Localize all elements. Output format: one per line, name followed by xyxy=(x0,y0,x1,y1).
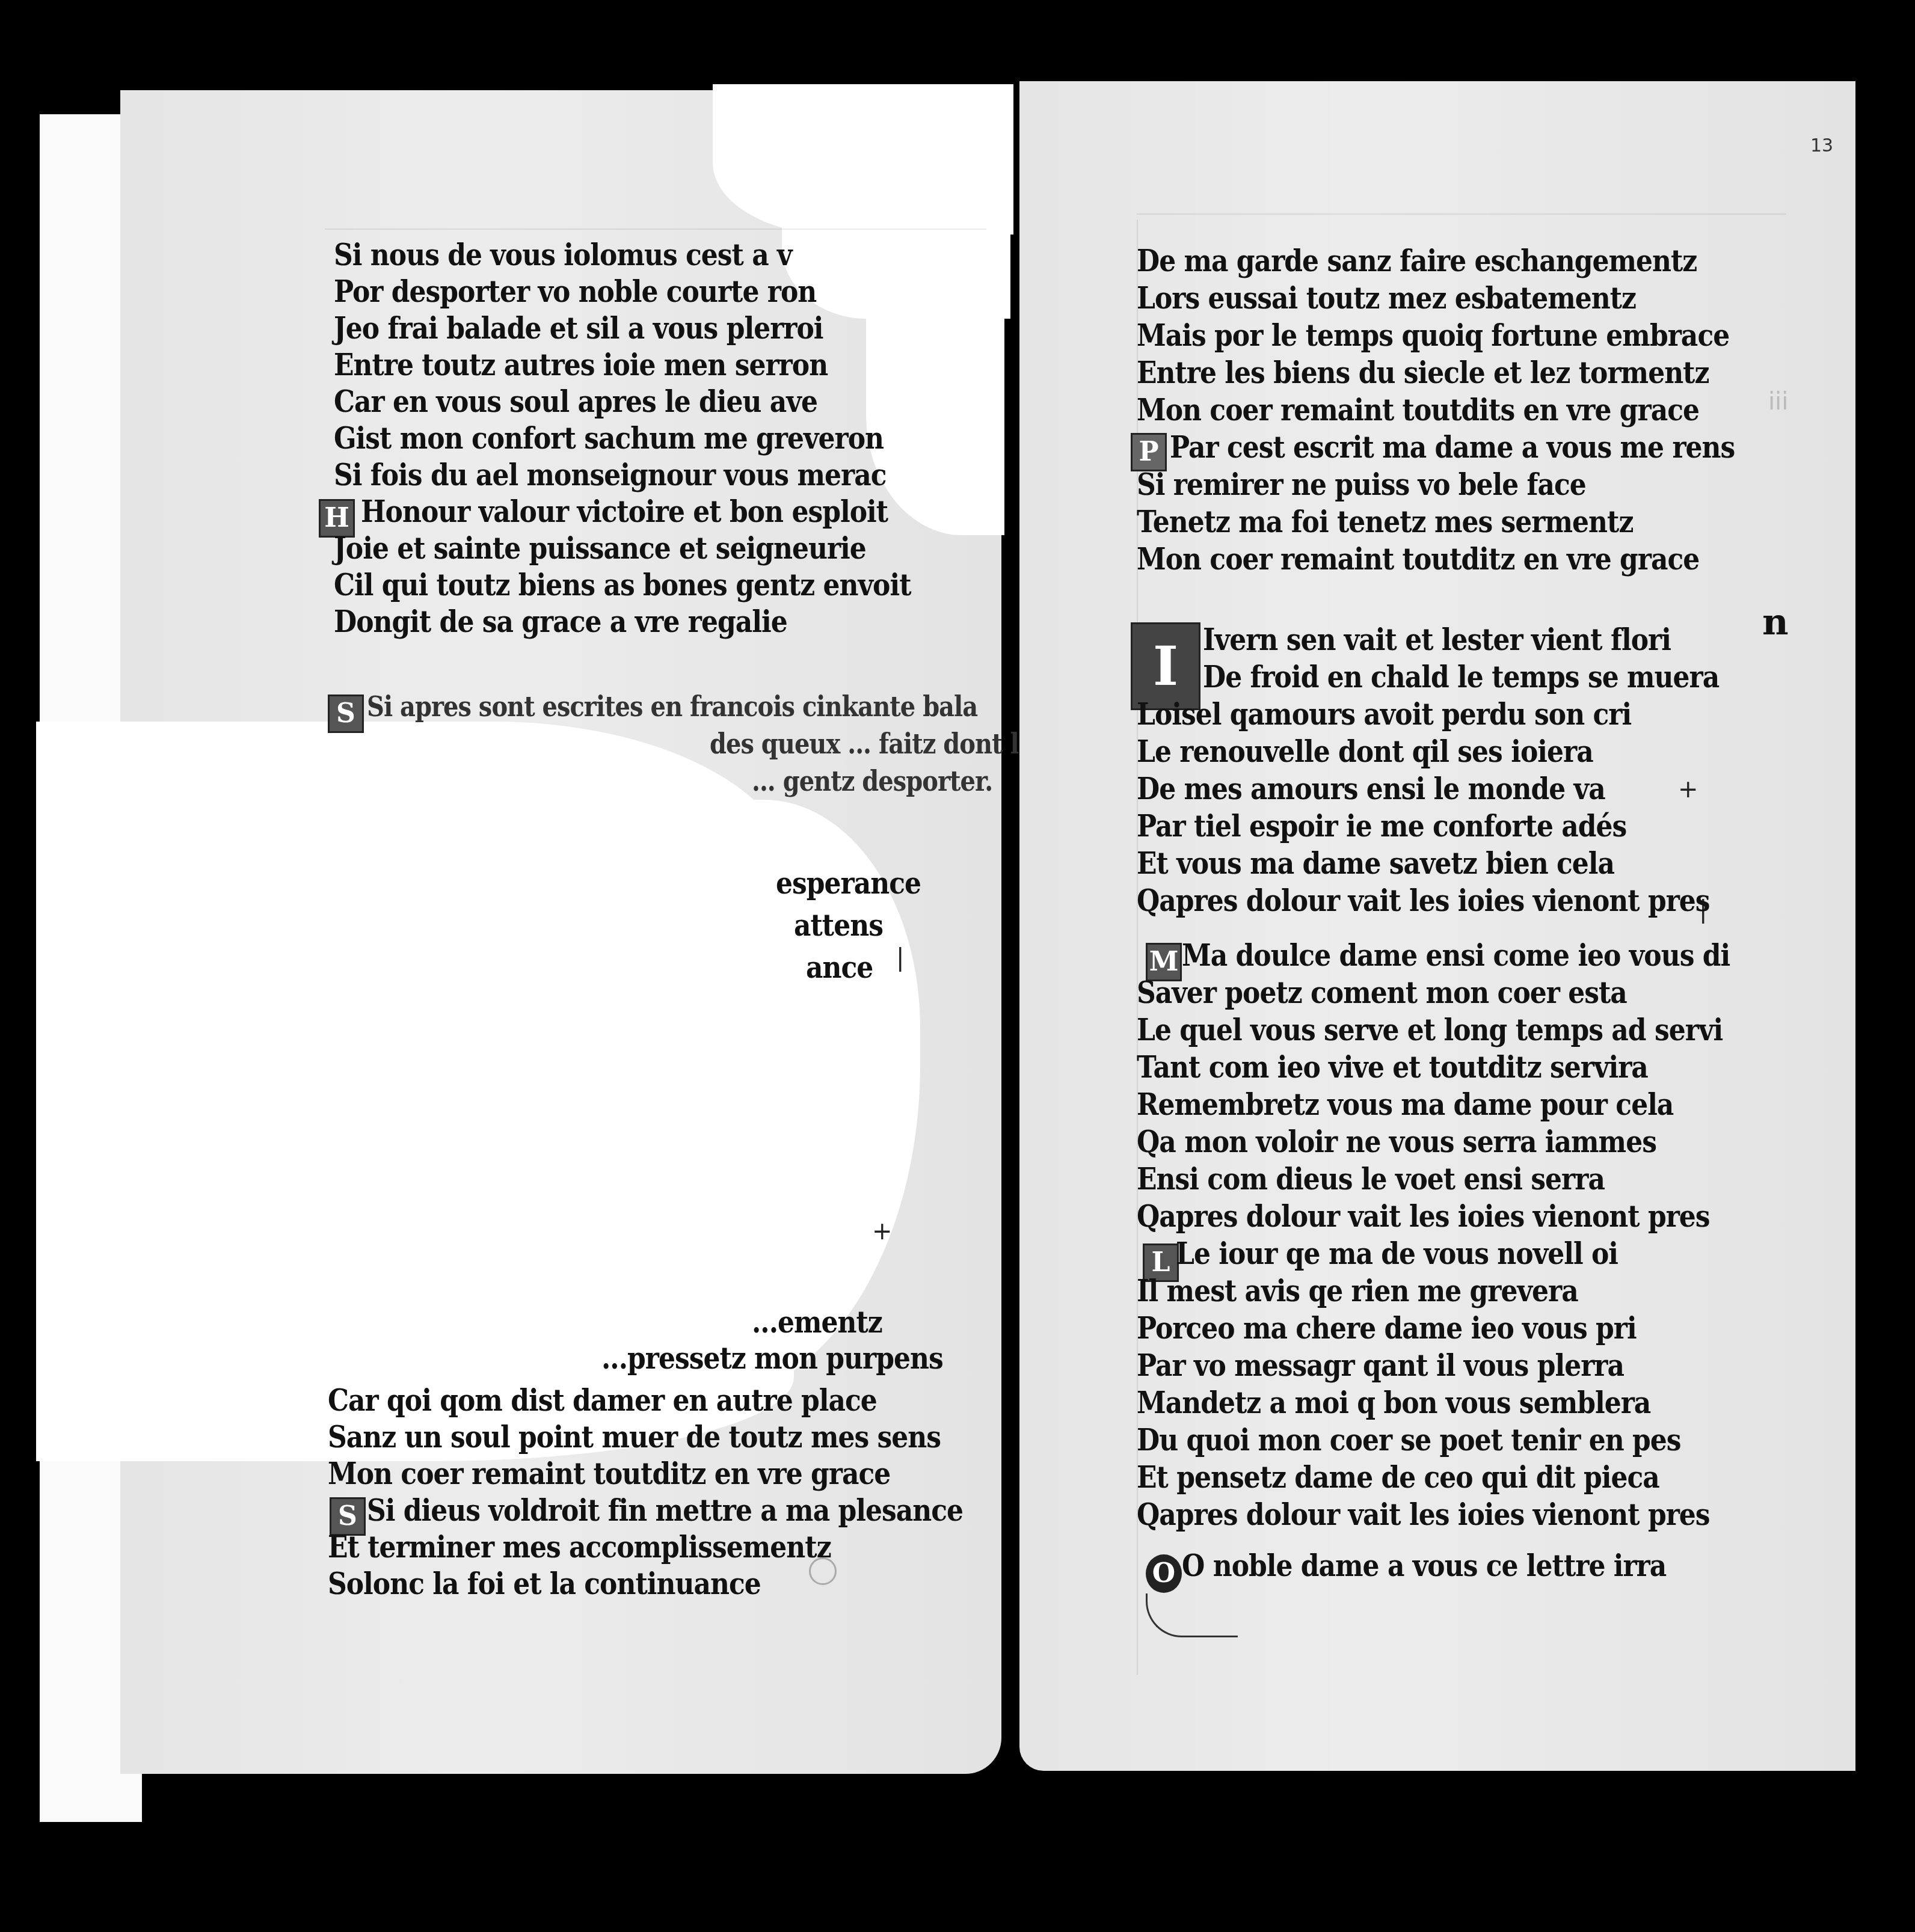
verse-line: O noble dame a vous ce lettre irra xyxy=(1182,1548,1666,1584)
verse-line: Mon coer remaint toutditz en vre grace xyxy=(1137,542,1699,577)
decorated-initial: O xyxy=(1146,1554,1182,1593)
verse-line: Mandetz a moi q bon vous semblera xyxy=(1137,1385,1650,1421)
margin-letter: n xyxy=(1762,601,1789,643)
ruling-line xyxy=(1137,213,1786,215)
verse-fragment: attens xyxy=(794,908,883,943)
verse-line: Si nous de vous iolomus cest a v xyxy=(334,238,792,273)
verse-line: Et vous ma dame savetz bien cela xyxy=(1137,846,1614,882)
verse-line: Du quoi mon coer se poet tenir en pes xyxy=(1137,1423,1681,1458)
rubric-line: ... gentz desporter. xyxy=(752,765,992,797)
verse-line: Ivern sen vait et lester vient flori xyxy=(1203,622,1671,658)
margin-cross: + xyxy=(1678,776,1698,803)
verse-line: Dongit de sa grace a vre regalie xyxy=(334,604,787,640)
verse-line: Por desporter vo noble courte ron xyxy=(334,274,816,310)
verse-line: De ma garde sanz faire eschangementz xyxy=(1137,244,1697,279)
verse-line: Par vo messagr qant il vous plerra xyxy=(1137,1348,1624,1384)
verse-fragment: ance xyxy=(806,950,873,986)
verse-line: Gist mon confort sachum me greveron xyxy=(334,421,884,456)
verse-line: Le iour qe ma de vous novell oi xyxy=(1176,1236,1618,1272)
verse-line: Mais por le temps quoiq fortune embrace xyxy=(1137,318,1729,354)
verse-line: Entre les biens du siecle et lez torment… xyxy=(1137,355,1709,391)
margin-roman-numeral: iii xyxy=(1768,388,1788,416)
verse-line: Car qoi qom dist damer en autre place xyxy=(328,1383,877,1418)
verse-line: De mes amours ensi le monde va xyxy=(1137,771,1605,807)
verse-line: Loisel qamours avoit perdu son cri xyxy=(1137,697,1631,732)
verse-line: Cil qui toutz biens as bones gentz envoi… xyxy=(334,568,911,603)
verse-fragment: ...pressetz mon purpens xyxy=(601,1341,943,1376)
verse-line: Il mest avis qe rien me grevera xyxy=(1137,1274,1578,1309)
verse-line: Remembretz vous ma dame pour cela xyxy=(1137,1087,1673,1123)
verse-line: Qa mon voloir ne vous serra iammes xyxy=(1137,1124,1656,1160)
verse-line: Tant com ieo vive et toutditz servira xyxy=(1137,1050,1648,1085)
verse-line: Par tiel espoir ie me conforte adés xyxy=(1137,809,1626,844)
verse-line: Par cest escrit ma dame a vous me rens xyxy=(1170,430,1735,465)
verse-line: De froid en chald le temps se muera xyxy=(1203,660,1719,695)
rubric-line: des queux ... faitz dont les xyxy=(710,728,1047,760)
folio-number: 13 xyxy=(1810,135,1833,156)
verse-line: Qapres dolour vait les ioies vienont pre… xyxy=(1137,883,1710,919)
verse-line: Joie et sainte puissance et seigneurie xyxy=(334,531,866,566)
verse-line: Saver poetz coment mon coer esta xyxy=(1137,975,1627,1011)
verse-line: Si fois du ael monseignour vous merac xyxy=(334,458,887,493)
rubric-initial: S xyxy=(328,695,364,733)
verse-line: Tenetz ma foi tenetz mes sermentz xyxy=(1137,504,1633,540)
stain-ring xyxy=(809,1557,837,1585)
verse-line: Le renouvelle dont qil ses ioiera xyxy=(1137,734,1593,770)
decorated-initial: P xyxy=(1131,433,1167,471)
rubric-line: Si apres sont escrites en francois cinka… xyxy=(367,690,977,723)
verse-line: Qapres dolour vait les ioies vienont pre… xyxy=(1137,1497,1710,1533)
verse-line: Mon coer remaint toutditz en vre grace xyxy=(328,1456,890,1492)
margin-tick: | xyxy=(896,944,904,972)
verse-line: Entre toutz autres ioie men serron xyxy=(334,348,828,383)
verse-line: Si remirer ne puiss vo bele face xyxy=(1137,467,1586,503)
verse-line: Et terminer mes accomplissementz xyxy=(328,1530,831,1565)
verse-line: Le quel vous serve et long temps ad serv… xyxy=(1137,1013,1723,1048)
verse-line: Mon coer remaint toutdits en vre grace xyxy=(1137,393,1699,428)
verse-line: Ensi com dieus le voet ensi serra xyxy=(1137,1162,1605,1197)
verse-line: Si dieus voldroit fin mettre a ma plesan… xyxy=(367,1493,963,1529)
verse-line: Lors eussai toutz mez esbatementz xyxy=(1137,281,1636,316)
verse-line: Jeo frai balade et sil a vous plerroi xyxy=(334,311,823,346)
verse-line: Qapres dolour vait les ioies vienont pre… xyxy=(1137,1199,1710,1234)
verse-line: Et pensetz dame de ceo qui dit pieca xyxy=(1137,1460,1659,1495)
verse-fragment: esperance xyxy=(776,866,921,901)
verse-fragment: ...ementz xyxy=(752,1305,882,1340)
ruling-line xyxy=(325,228,986,230)
verse-line: Car en vous soul apres le dieu ave xyxy=(334,384,817,420)
margin-cross: + xyxy=(872,1218,893,1245)
verse-line: Porceo ma chere dame ieo vous pri xyxy=(1137,1311,1637,1346)
verse-line: Honour valour victoire et bon esploit xyxy=(361,494,888,530)
verse-line: Solonc la foi et la continuance xyxy=(328,1566,761,1602)
verse-line: Ma doulce dame ensi come ieo vous di xyxy=(1182,938,1730,974)
verse-line: Sanz un soul point muer de toutz mes sen… xyxy=(328,1420,941,1455)
